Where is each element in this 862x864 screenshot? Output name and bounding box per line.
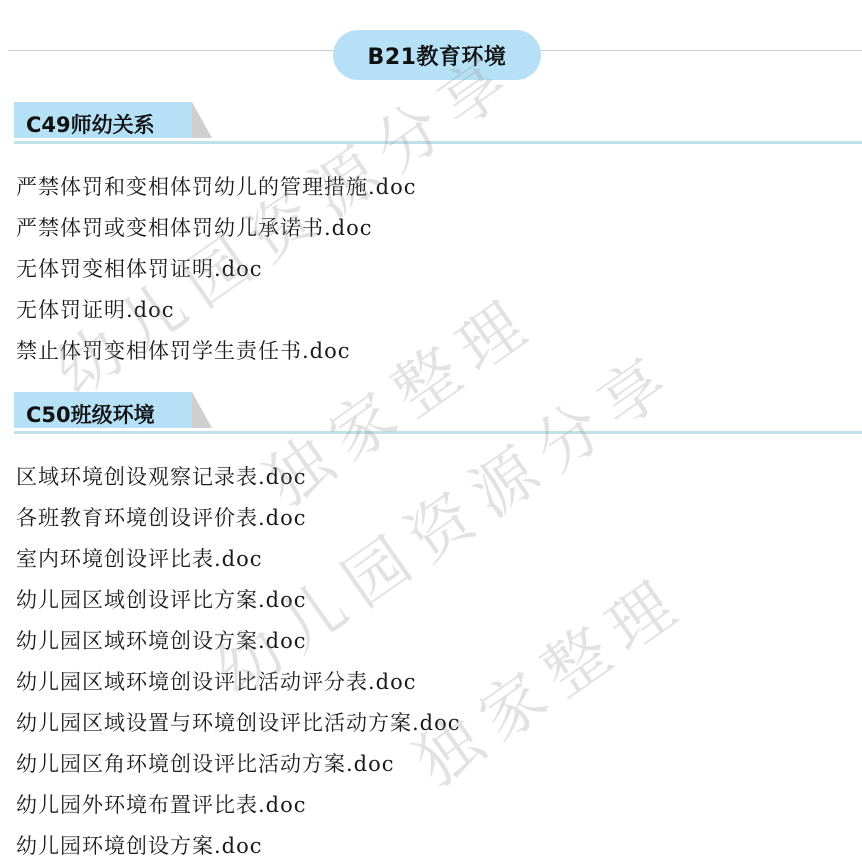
file-item[interactable]: 幼儿园区域创设评比方案.doc (16, 580, 461, 621)
section-divider-line (14, 141, 862, 144)
main-category-title: B21教育环境 (368, 40, 507, 71)
section-title: C49师幼关系 (26, 115, 155, 136)
section-header-c50: C50班级环境 (14, 392, 862, 436)
file-item[interactable]: 幼儿园外环境布置评比表.doc (16, 785, 461, 826)
file-item[interactable]: 无体罚证明.doc (16, 290, 417, 331)
section-title: C50班级环境 (26, 405, 155, 426)
file-list-c49: 严禁体罚和变相体罚幼儿的管理措施.doc 严禁体罚或变相体罚幼儿承诺书.doc … (16, 167, 417, 372)
file-item[interactable]: 幼儿园区域设置与环境创设评比活动方案.doc (16, 703, 461, 744)
file-item[interactable]: 严禁体罚和变相体罚幼儿的管理措施.doc (16, 167, 417, 208)
section-tab: C49师幼关系 (14, 102, 192, 138)
tab-corner-shadow (192, 102, 212, 138)
file-item[interactable]: 各班教育环境创设评价表.doc (16, 498, 461, 539)
file-item[interactable]: 室内环境创设评比表.doc (16, 539, 461, 580)
file-item[interactable]: 幼儿园区角环境创设评比活动方案.doc (16, 744, 461, 785)
section-tab: C50班级环境 (14, 392, 192, 428)
file-item[interactable]: 禁止体罚变相体罚学生责任书.doc (16, 331, 417, 372)
file-item[interactable]: 幼儿园区域环境创设评比活动评分表.doc (16, 662, 461, 703)
file-item[interactable]: 幼儿园环境创设方案.doc (16, 826, 461, 864)
main-category-header: B21教育环境 (333, 30, 541, 80)
section-divider-line (14, 431, 862, 434)
file-item[interactable]: 区域环境创设观察记录表.doc (16, 457, 461, 498)
tab-corner-shadow (192, 392, 212, 428)
file-list-c50: 区域环境创设观察记录表.doc 各班教育环境创设评价表.doc 室内环境创设评比… (16, 457, 461, 864)
file-item[interactable]: 无体罚变相体罚证明.doc (16, 249, 417, 290)
file-item[interactable]: 幼儿园区域环境创设方案.doc (16, 621, 461, 662)
file-item[interactable]: 严禁体罚或变相体罚幼儿承诺书.doc (16, 208, 417, 249)
section-header-c49: C49师幼关系 (14, 102, 862, 146)
